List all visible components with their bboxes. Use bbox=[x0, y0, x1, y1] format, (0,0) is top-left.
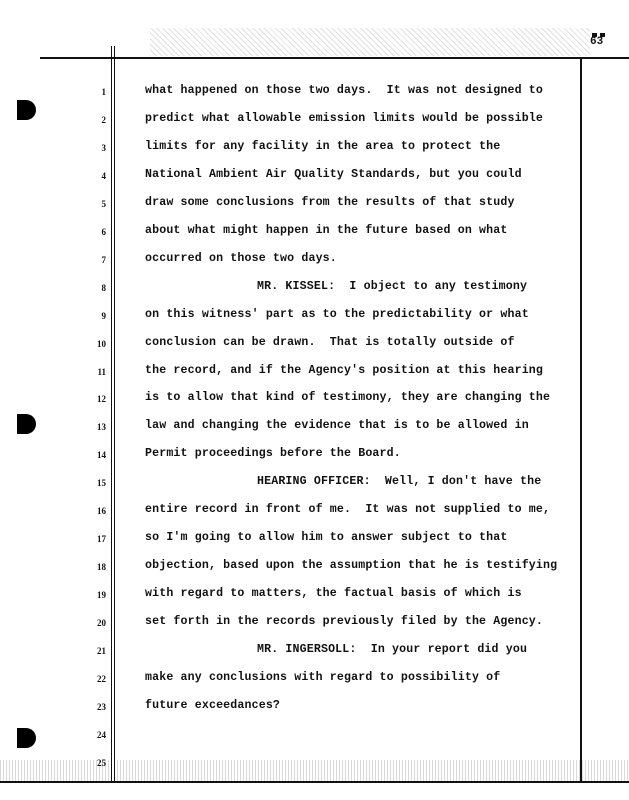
line-text: set forth in the records previously file… bbox=[145, 615, 543, 628]
line-text: with regard to matters, the factual basi… bbox=[145, 587, 522, 600]
line-number: 9 bbox=[92, 311, 106, 321]
line-text: Permit proceedings before the Board. bbox=[145, 447, 401, 460]
speaker-line-text: MR. INGERSOLL: In your report did you bbox=[257, 643, 527, 656]
line-number: 19 bbox=[92, 590, 106, 600]
line-text: on this witness' part as to the predicta… bbox=[145, 308, 529, 321]
transcript-line: 24 bbox=[0, 727, 629, 747]
line-text: what happened on those two days. It was … bbox=[145, 84, 543, 97]
transcript-line: 21MR. INGERSOLL: In your report did you bbox=[0, 643, 629, 663]
transcript-line: 13law and changing the evidence that is … bbox=[0, 419, 629, 439]
page-number: 63 bbox=[590, 36, 603, 48]
transcript-line: 9on this witness' part as to the predict… bbox=[0, 308, 629, 328]
line-number: 21 bbox=[92, 646, 106, 656]
line-text: limits for any facility in the area to p… bbox=[145, 140, 500, 153]
transcript-line: 6about what might happen in the future b… bbox=[0, 224, 629, 244]
line-number: 11 bbox=[92, 367, 106, 377]
transcript-line: 15HEARING OFFICER: Well, I don't have th… bbox=[0, 475, 629, 495]
line-number: 22 bbox=[92, 674, 106, 684]
line-number: 14 bbox=[92, 450, 106, 460]
line-text: entire record in front of me. It was not… bbox=[145, 503, 550, 516]
transcript-line: 19with regard to matters, the factual ba… bbox=[0, 587, 629, 607]
line-number: 13 bbox=[92, 422, 106, 432]
line-text: draw some conclusions from the results o… bbox=[145, 196, 515, 209]
transcript-line: 17so I'm going to allow him to answer su… bbox=[0, 531, 629, 551]
line-number: 5 bbox=[92, 199, 106, 209]
scan-noise-top bbox=[150, 28, 590, 56]
line-number: 23 bbox=[92, 702, 106, 712]
transcript-page: 63 1what happened on those two days. It … bbox=[0, 0, 629, 800]
line-number: 7 bbox=[92, 255, 106, 265]
transcript-line: 4National Ambient Air Quality Standards,… bbox=[0, 168, 629, 188]
line-number: 24 bbox=[92, 730, 106, 740]
bottom-rule bbox=[0, 781, 629, 783]
line-text: conclusion can be drawn. That is totally… bbox=[145, 336, 515, 349]
line-text: predict what allowable emission limits w… bbox=[145, 112, 543, 125]
line-number: 6 bbox=[92, 227, 106, 237]
transcript-line: 2predict what allowable emission limits … bbox=[0, 112, 629, 132]
top-rule bbox=[40, 57, 629, 59]
line-text: make any conclusions with regard to poss… bbox=[145, 671, 500, 684]
line-text: objection, based upon the assumption tha… bbox=[145, 559, 557, 572]
line-text: about what might happen in the future ba… bbox=[145, 224, 507, 237]
line-number: 8 bbox=[92, 283, 106, 293]
line-number: 15 bbox=[92, 478, 106, 488]
line-text: the record, and if the Agency's position… bbox=[145, 364, 543, 377]
transcript-line: 14Permit proceedings before the Board. bbox=[0, 447, 629, 467]
line-text: occurred on those two days. bbox=[145, 252, 337, 265]
line-number: 18 bbox=[92, 562, 106, 572]
transcript-line: 5draw some conclusions from the results … bbox=[0, 196, 629, 216]
transcript-line: 3limits for any facility in the area to … bbox=[0, 140, 629, 160]
line-number: 2 bbox=[92, 115, 106, 125]
line-number: 3 bbox=[92, 143, 106, 153]
transcript-line: 12is to allow that kind of testimony, th… bbox=[0, 391, 629, 411]
speaker-line-text: HEARING OFFICER: Well, I don't have the bbox=[257, 475, 541, 488]
transcript-line: 22make any conclusions with regard to po… bbox=[0, 671, 629, 691]
transcript-line: 20set forth in the records previously fi… bbox=[0, 615, 629, 635]
speaker-line-text: MR. KISSEL: I object to any testimony bbox=[257, 280, 527, 293]
transcript-line: 7occurred on those two days. bbox=[0, 252, 629, 272]
line-number: 17 bbox=[92, 534, 106, 544]
line-number: 10 bbox=[92, 339, 106, 349]
transcript-line: 18objection, based upon the assumption t… bbox=[0, 559, 629, 579]
scan-noise-bottom bbox=[0, 760, 629, 782]
line-text: is to allow that kind of testimony, they… bbox=[145, 391, 550, 404]
line-number: 16 bbox=[92, 506, 106, 516]
transcript-line: 8MR. KISSEL: I object to any testimony bbox=[0, 280, 629, 300]
line-number: 4 bbox=[92, 171, 106, 181]
transcript-line: 1what happened on those two days. It was… bbox=[0, 84, 629, 104]
line-number: 20 bbox=[92, 618, 106, 628]
line-text: law and changing the evidence that is to… bbox=[145, 419, 529, 432]
transcript-line: 10conclusion can be drawn. That is total… bbox=[0, 336, 629, 356]
line-text: so I'm going to allow him to answer subj… bbox=[145, 531, 507, 544]
line-number: 12 bbox=[92, 394, 106, 404]
line-text: future exceedances? bbox=[145, 699, 280, 712]
transcript-line: 16entire record in front of me. It was n… bbox=[0, 503, 629, 523]
line-text: National Ambient Air Quality Standards, … bbox=[145, 168, 522, 181]
transcript-line: 23future exceedances? bbox=[0, 699, 629, 719]
line-number: 1 bbox=[92, 87, 106, 97]
transcript-line: 11the record, and if the Agency's positi… bbox=[0, 364, 629, 384]
